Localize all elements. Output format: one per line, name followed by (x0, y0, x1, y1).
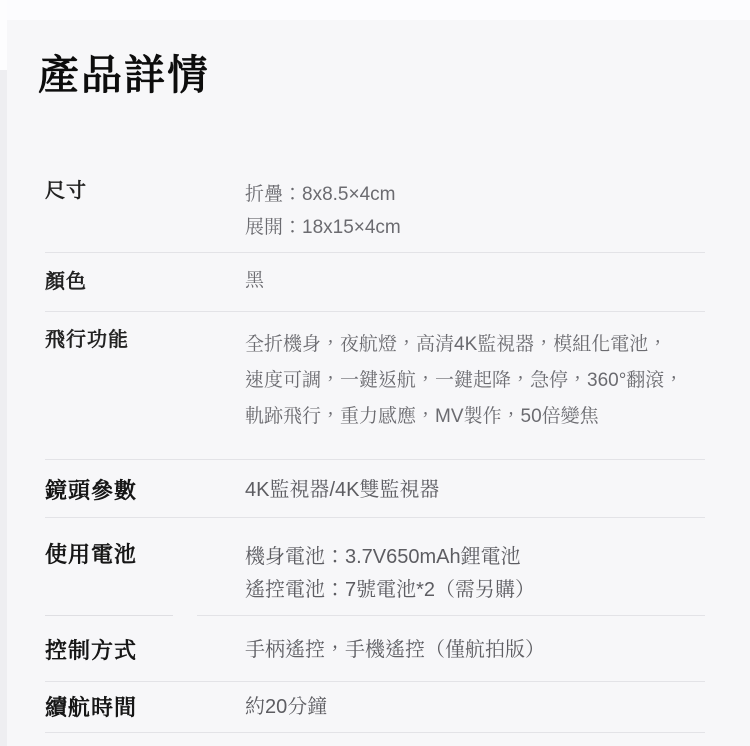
spec-value-line: 速度可調，一鍵返航，一鍵起降，急停，360°翻滾， (245, 363, 705, 399)
spec-value-line: 4K監視器/4K雙監視器 (245, 477, 705, 504)
spec-value-line: 約20分鐘 (245, 694, 705, 721)
spec-row: 續航時間 約20分鐘 (45, 682, 705, 733)
spec-label: 使用電池 (45, 541, 245, 568)
spec-value-line: 展開：18x15×4cm (245, 211, 705, 244)
spec-label: 續航時間 (45, 694, 245, 721)
spec-values: 黑 (245, 269, 705, 292)
spec-row: 使用電池 機身電池：3.7V650mAh鋰電池遙控電池：7號電池*2（需另購） (45, 518, 705, 616)
spec-value-line: 遙控電池：7號電池*2（需另購） (245, 574, 705, 607)
spec-row: 飛行功能 全折機身，夜航燈，高清4K監視器，模組化電池，速度可調，一鍵返航，一鍵… (45, 312, 705, 460)
spec-values: 4K監視器/4K雙監視器 (245, 477, 705, 504)
product-detail-panel: 產品詳情 尺寸 折疊：8x8.5×4cm展開：18x15×4cm 顏色 黑 飛行… (0, 50, 750, 733)
spec-values: 手柄遙控，手機遙控（僅航拍版） (245, 637, 705, 664)
spec-value-line: 黑 (245, 269, 705, 292)
spec-row: 鏡頭參數 4K監視器/4K雙監視器 (45, 460, 705, 518)
spec-value-line: 全折機身，夜航燈，高清4K監視器，模組化電池， (245, 327, 705, 363)
spec-value-line: 手柄遙控，手機遙控（僅航拍版） (245, 637, 705, 664)
spec-label: 控制方式 (45, 637, 245, 664)
page-title: 產品詳情 (38, 50, 705, 100)
spec-row: 顏色 黑 (45, 253, 705, 312)
page-top-band (0, 0, 750, 20)
spec-values: 全折機身，夜航燈，高清4K監視器，模組化電池，速度可調，一鍵返航，一鍵起降，急停… (245, 327, 705, 435)
spec-value-line: 機身電池：3.7V650mAh鋰電池 (245, 541, 705, 574)
spec-values: 機身電池：3.7V650mAh鋰電池遙控電池：7號電池*2（需另購） (245, 541, 705, 607)
spec-value-line: 軌跡飛行，重力感應，MV製作，50倍變焦 (245, 399, 705, 435)
spec-values: 折疊：8x8.5×4cm展開：18x15×4cm (245, 178, 705, 244)
spec-row: 控制方式 手柄遙控，手機遙控（僅航拍版） (45, 616, 705, 682)
spec-values: 約20分鐘 (245, 694, 705, 721)
spec-row: 尺寸 折疊：8x8.5×4cm展開：18x15×4cm (45, 178, 705, 253)
spec-label: 鏡頭參數 (45, 477, 245, 504)
spec-value-line: 折疊：8x8.5×4cm (245, 178, 705, 211)
spec-label: 飛行功能 (45, 327, 245, 353)
spec-label: 尺寸 (45, 178, 245, 204)
spec-table: 尺寸 折疊：8x8.5×4cm展開：18x15×4cm 顏色 黑 飛行功能 全折… (45, 178, 705, 733)
spec-label: 顏色 (45, 269, 245, 295)
